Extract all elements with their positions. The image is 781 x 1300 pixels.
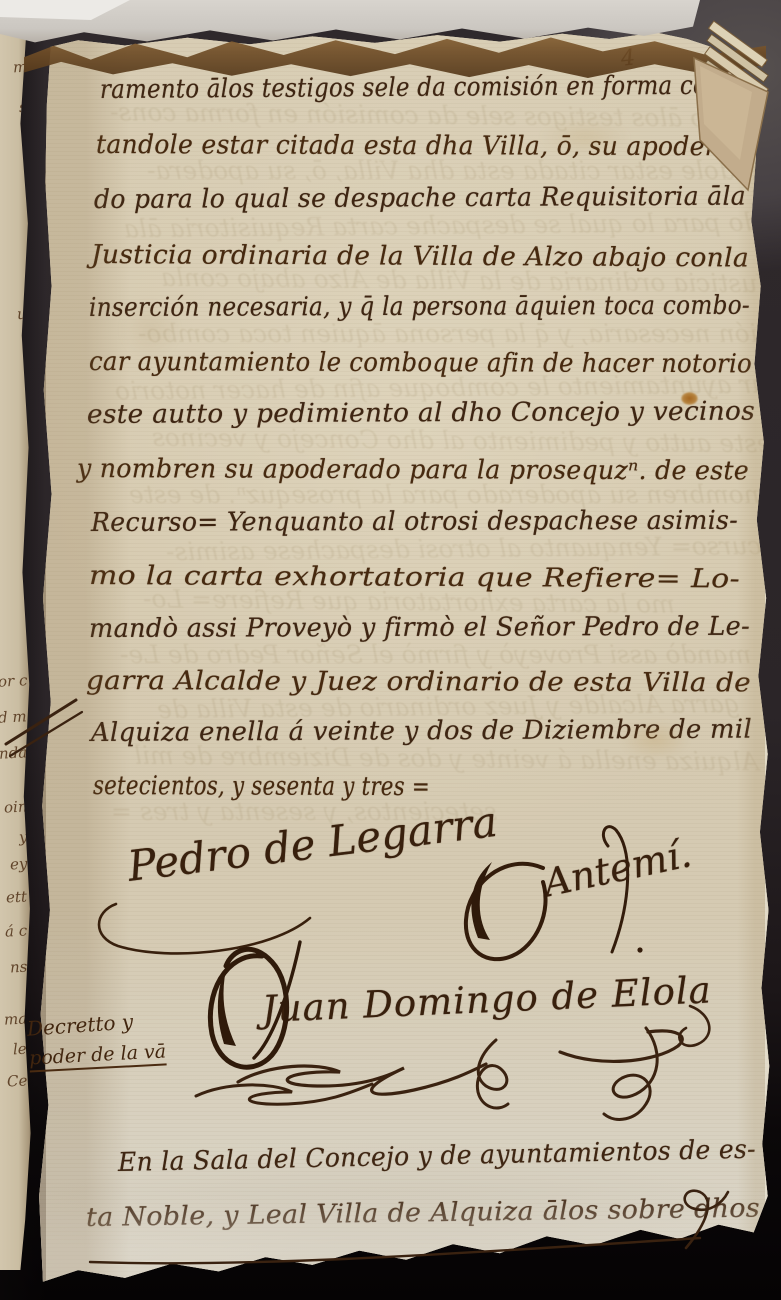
gutter-text-fragment: Ce (6, 1071, 27, 1090)
gutter-text-fragment: d m (0, 707, 27, 726)
closing-line: ta Noble, y Leal Villa de Alquiza ālos s… (86, 1194, 760, 1233)
gutter-text-fragment: s (19, 98, 28, 116)
gutter-text-fragment: oin (3, 797, 27, 816)
gutter-text-fragment: nda (0, 743, 27, 762)
paper-sliver (0, 0, 130, 20)
margin-note: Decretto y poder de la vā (26, 1007, 167, 1073)
gutter-text-fragment: ma (3, 1009, 27, 1028)
closing-line: En la Sala del Concejo y de ayuntamiento… (118, 1135, 756, 1178)
facing-page-edge: msuor cd mndaoinyeyettá cnsmaleCe (0, 24, 34, 1270)
gutter-text-fragment: á c (4, 921, 27, 940)
gutter-text-fragment: u (17, 305, 28, 323)
closing-text-layer: En la Sala del Concejo y de ayuntamiento… (0, 0, 781, 1300)
gutter-text-fragment: or c (0, 671, 27, 691)
manuscript-photo: msuor cd mndaoinyeyettá cnsmaleCe rament… (0, 0, 781, 1300)
gutter-text-fragment: le (13, 1040, 28, 1059)
manuscript-page: ramento ālos testigos sele da comisión e… (0, 0, 781, 1300)
gutter-text-fragment: ey (9, 855, 27, 874)
gutter-text-fragment: ns (9, 958, 27, 977)
gutter-text-fragment: ett (6, 887, 28, 906)
gutter-text-fragment: y (18, 828, 27, 846)
